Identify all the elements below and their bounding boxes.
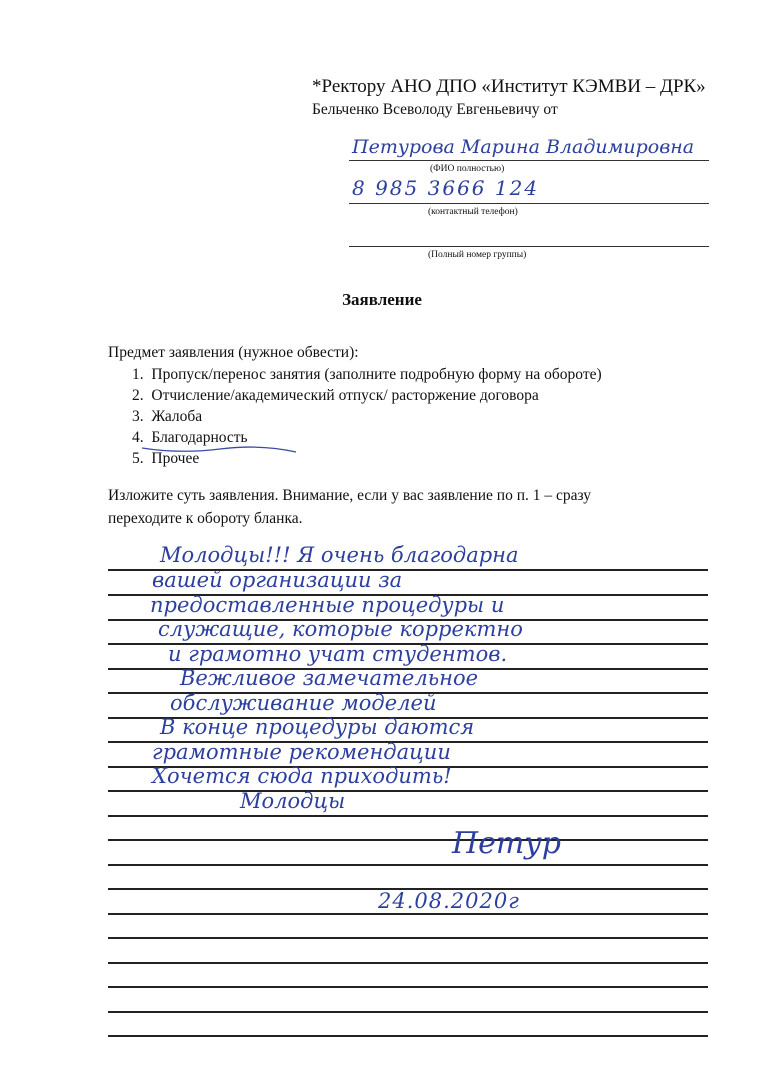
ruled-line bbox=[108, 937, 708, 939]
option-3[interactable]: 3. Жалоба bbox=[132, 408, 202, 426]
fio-value[interactable]: Петурова Марина Владимировна bbox=[352, 136, 694, 158]
ruled-line bbox=[108, 864, 708, 866]
phone-value[interactable]: 8 985 3666 124 bbox=[352, 176, 539, 200]
instructions-line-1: Изложите суть заявления. Внимание, если … bbox=[108, 487, 591, 505]
handwritten-line-9[interactable]: грамотные рекомендации bbox=[152, 740, 451, 764]
group-caption: (Полный номер группы) bbox=[428, 250, 526, 260]
ruled-line bbox=[108, 913, 708, 915]
handwritten-line-5[interactable]: и грамотно учат студентов. bbox=[168, 642, 507, 666]
signature[interactable]: Петур bbox=[452, 826, 561, 861]
ruled-line bbox=[108, 839, 708, 841]
recipient-line-2: Бельченко Всеволоду Евгеньевичу от bbox=[312, 101, 558, 119]
handwritten-line-3[interactable]: предоставленные процедуры и bbox=[150, 593, 504, 617]
phone-line bbox=[349, 203, 709, 204]
instructions-line-2: переходите к обороту бланка. bbox=[108, 510, 303, 528]
handwritten-line-1[interactable]: Молодцы!!! Я очень благодарна bbox=[160, 543, 519, 567]
handwritten-line-4[interactable]: служащие, которые корректно bbox=[158, 617, 523, 641]
handwritten-line-11[interactable]: Молодцы bbox=[240, 789, 345, 813]
fio-caption: (ФИО полностью) bbox=[430, 164, 504, 174]
phone-caption: (контактный телефон) bbox=[428, 207, 518, 217]
subject-label: Предмет заявления (нужное обвести): bbox=[108, 344, 359, 362]
ruled-line bbox=[108, 790, 708, 792]
handwritten-line-7[interactable]: обслуживание моделей bbox=[170, 691, 437, 715]
option-5[interactable]: 5. Прочее bbox=[132, 450, 199, 468]
recipient-line-1: *Ректору АНО ДПО «Институт КЭМВИ – ДРК» bbox=[312, 76, 706, 98]
handwritten-line-10[interactable]: Хочется сюда приходить! bbox=[152, 764, 452, 788]
fio-line bbox=[349, 160, 709, 161]
ruled-line bbox=[108, 962, 708, 964]
group-line[interactable] bbox=[349, 246, 709, 247]
document-title: Заявление bbox=[0, 290, 764, 310]
date-value[interactable]: 24.08.2020г bbox=[378, 889, 520, 913]
handwritten-line-8[interactable]: В конце процедуры даются bbox=[160, 715, 474, 739]
ruled-line bbox=[108, 815, 708, 817]
ruled-line bbox=[108, 1011, 708, 1013]
handwritten-line-2[interactable]: вашей организации за bbox=[152, 568, 402, 592]
ruled-line bbox=[108, 1035, 708, 1037]
handwritten-line-6[interactable]: Вежливое замечательное bbox=[180, 666, 478, 690]
option-1[interactable]: 1. Пропуск/перенос занятия (заполните по… bbox=[132, 366, 602, 384]
ruled-line bbox=[108, 986, 708, 988]
option-2[interactable]: 2. Отчисление/академический отпуск/ раст… bbox=[132, 387, 539, 405]
